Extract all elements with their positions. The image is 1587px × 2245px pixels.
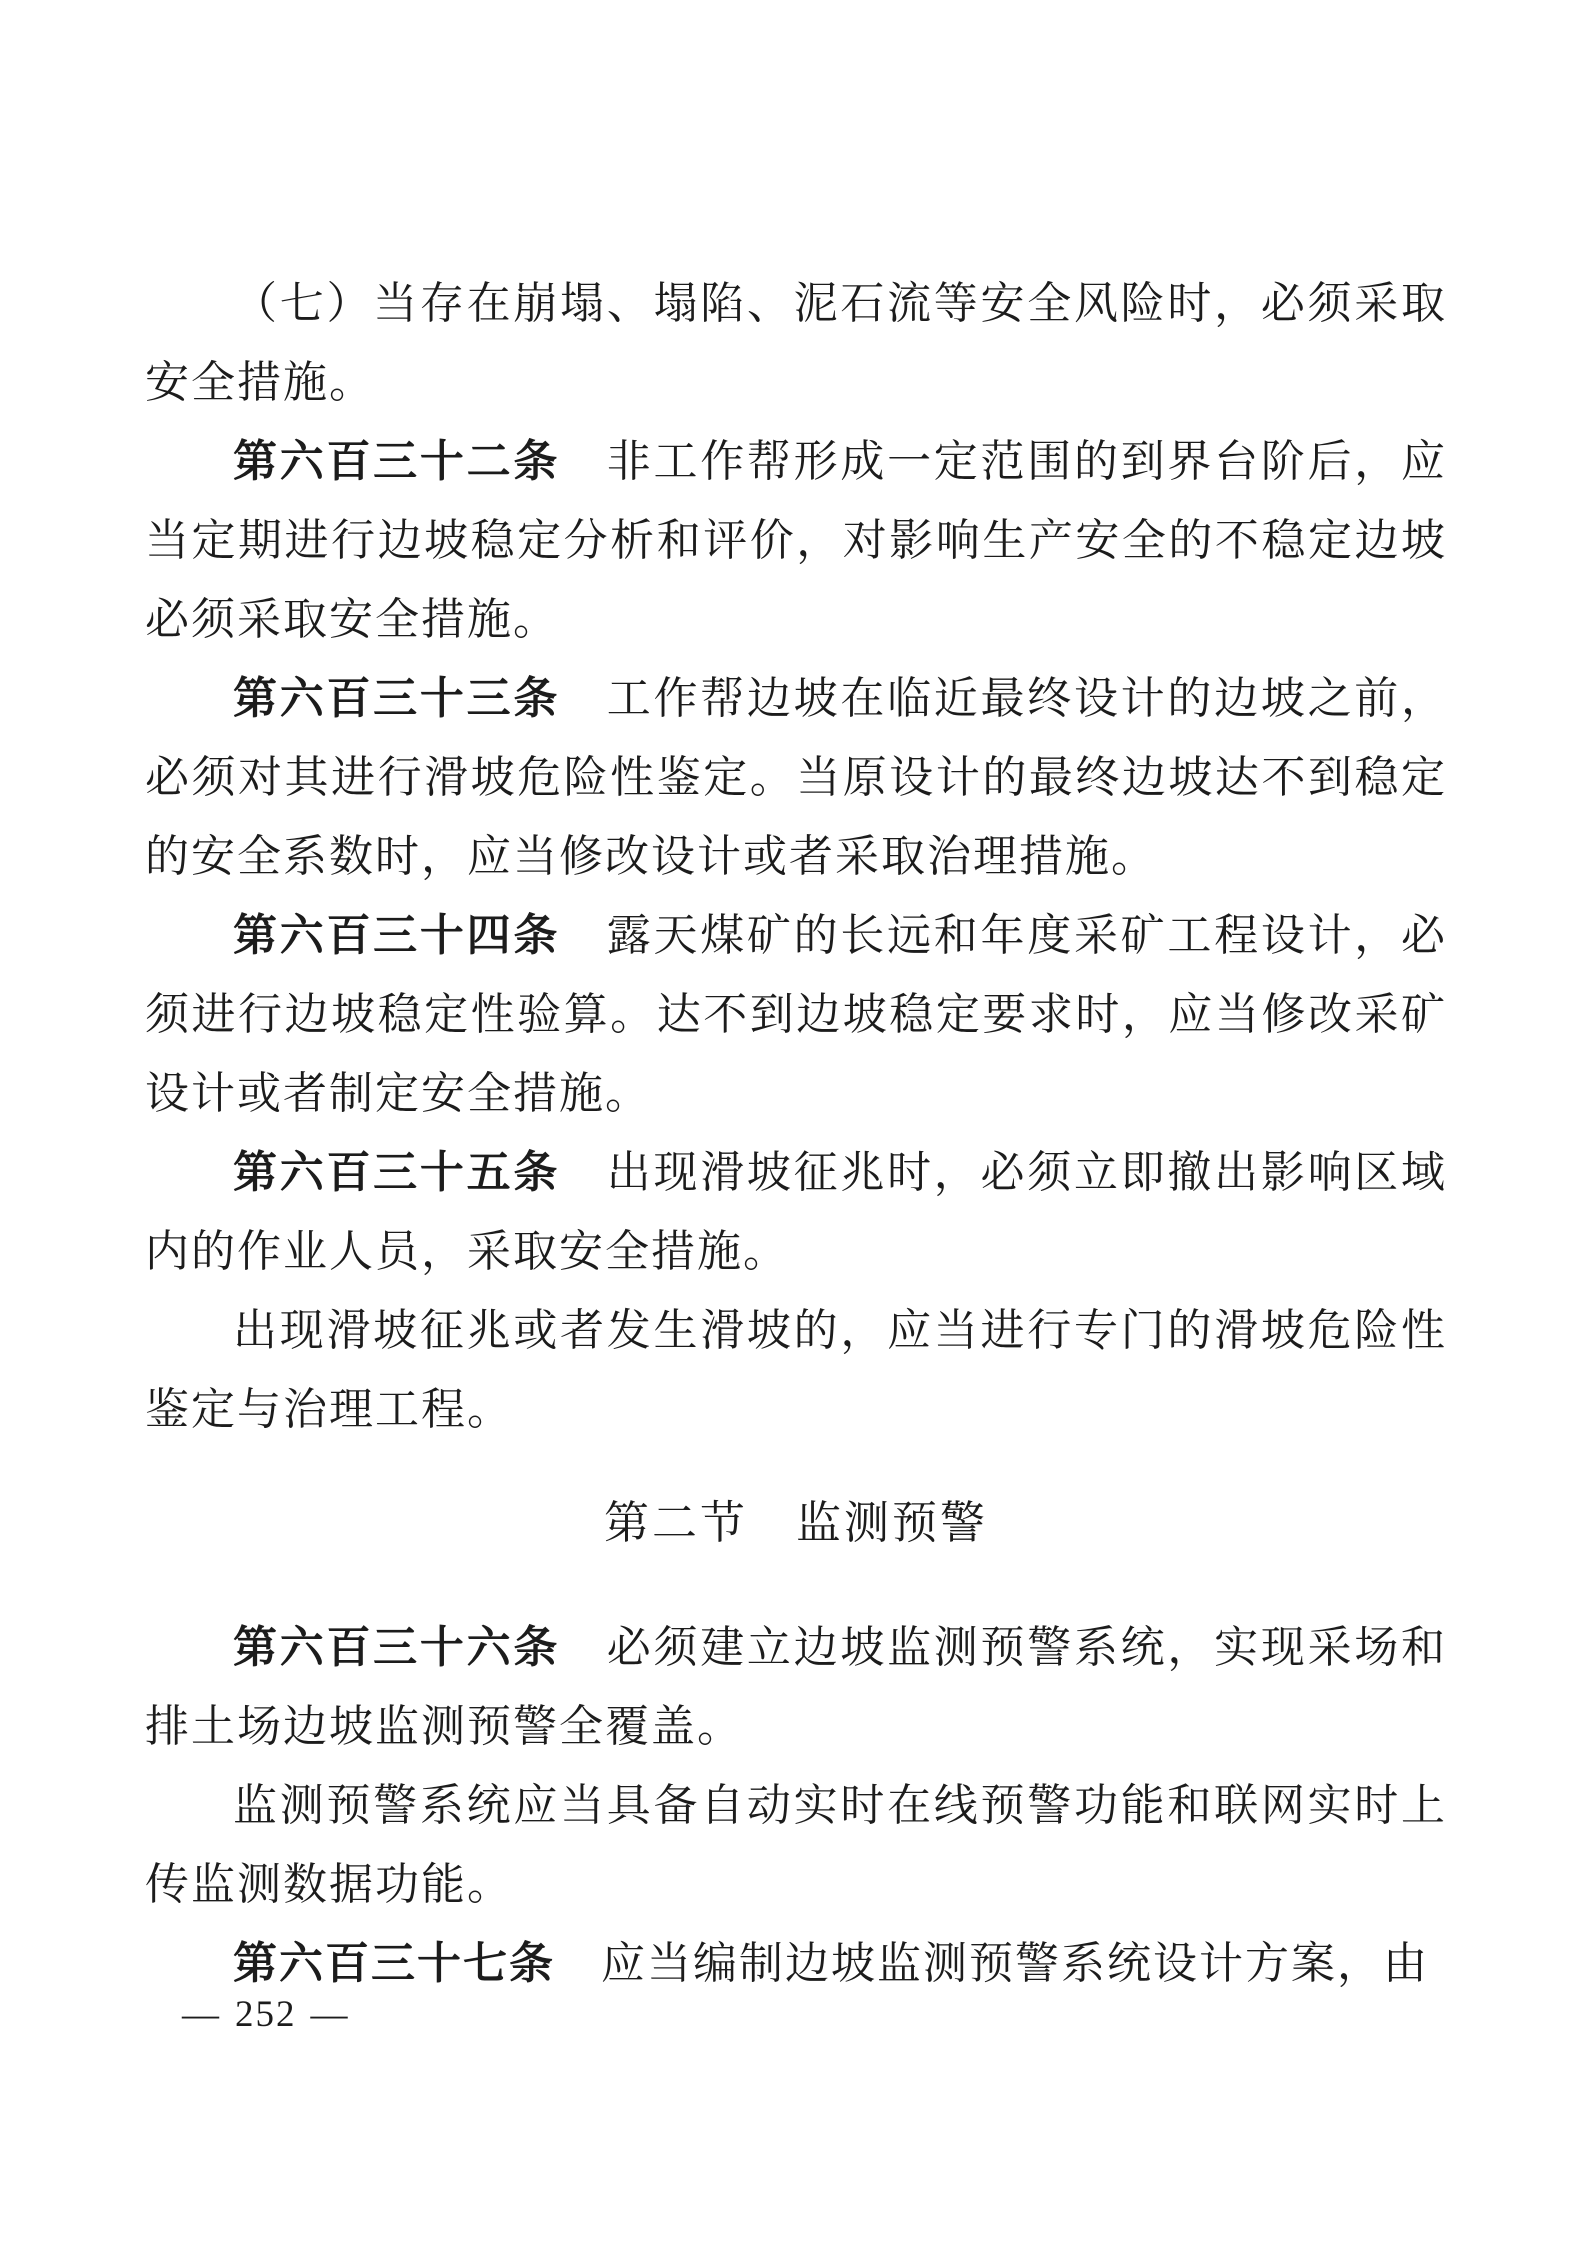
text-run: 出现滑坡征兆或者发生滑坡的，应当进行专门的滑坡危险性鉴定与治理工程。 <box>145 1306 1447 1434</box>
article-number: 第六百三十三条 <box>233 674 560 723</box>
article-number: 第六百三十二条 <box>233 437 560 486</box>
article-number: 第六百三十五条 <box>233 1148 560 1197</box>
footer-right-dash: — <box>297 1993 364 2036</box>
footer-left-dash: — <box>168 1993 235 2036</box>
paragraph: 第六百三十二条 非工作帮形成一定范围的到界台阶后，应当定期进行边坡稳定分析和评价… <box>145 422 1447 659</box>
text-run: 第二节 监测预警 <box>604 1497 988 1548</box>
document-body: （七）当存在崩塌、塌陷、泥石流等安全风险时，必须采取安全措施。第六百三十二条 非… <box>145 264 1447 2003</box>
article-number: 第六百三十七条 <box>233 1939 555 1988</box>
paragraph: 第六百三十七条 应当编制边坡监测预警系统设计方案，由 <box>145 1924 1447 2003</box>
paragraph: （七）当存在崩塌、塌陷、泥石流等安全风险时，必须采取安全措施。 <box>145 264 1447 422</box>
paragraph: 监测预警系统应当具备自动实时在线预警功能和联网实时上传监测数据功能。 <box>145 1766 1447 1924</box>
text-run: （七）当存在崩塌、塌陷、泥石流等安全风险时，必须采取安全措施。 <box>145 279 1447 407</box>
article-number: 第六百三十四条 <box>233 911 560 960</box>
section-heading: 第二节 监测预警 <box>145 1483 1447 1562</box>
page-footer: —252— <box>168 1993 364 2036</box>
paragraph: 第六百三十三条 工作帮边坡在临近最终设计的边坡之前，必须对其进行滑坡危险性鉴定。… <box>145 659 1447 896</box>
paragraph: 第六百三十六条 必须建立边坡监测预警系统，实现采场和排土场边坡监测预警全覆盖。 <box>145 1608 1447 1766</box>
text-run: 监测预警系统应当具备自动实时在线预警功能和联网实时上传监测数据功能。 <box>145 1781 1447 1909</box>
document-page: （七）当存在崩塌、塌陷、泥石流等安全风险时，必须采取安全措施。第六百三十二条 非… <box>0 0 1587 2245</box>
page-number: 252 <box>235 1994 297 2035</box>
article-number: 第六百三十六条 <box>233 1623 560 1672</box>
text-run: 应当编制边坡监测预警系统设计方案，由 <box>555 1939 1429 1988</box>
paragraph: 出现滑坡征兆或者发生滑坡的，应当进行专门的滑坡危险性鉴定与治理工程。 <box>145 1291 1447 1449</box>
paragraph: 第六百三十四条 露天煤矿的长远和年度采矿工程设计，必须进行边坡稳定性验算。达不到… <box>145 896 1447 1133</box>
paragraph: 第六百三十五条 出现滑坡征兆时，必须立即撤出影响区域内的作业人员，采取安全措施。 <box>145 1133 1447 1291</box>
